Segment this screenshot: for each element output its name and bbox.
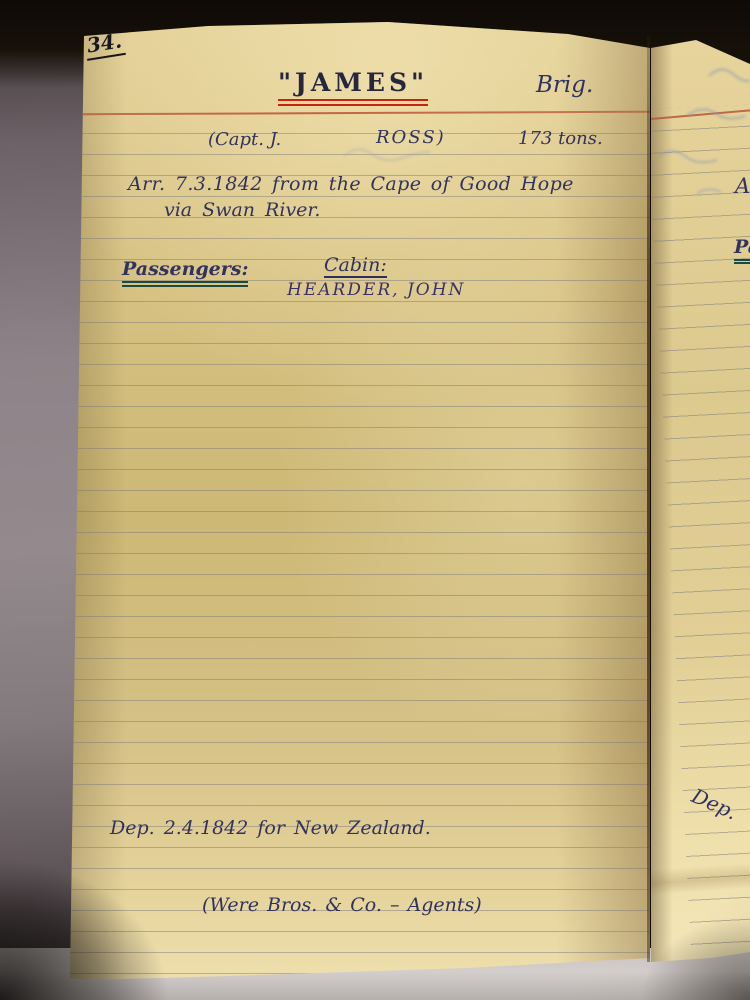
agents-note: (Were Bros. & Co. – Agents) [202, 894, 482, 916]
ruled-lines [68, 113, 650, 975]
right-page: A Pa Dep. [651, 40, 750, 962]
left-page: 34. "JAMES" Brig. (Capt. J. ROSS) 173 to… [68, 22, 650, 980]
arrival-note-line1: Arr. 7.3.1842 from the Cape of Good Hope [128, 173, 574, 195]
rig-type: Brig. [536, 72, 593, 98]
ruled-lines [647, 104, 750, 953]
cabin-heading: Cabin: [324, 254, 387, 278]
passengers-heading: Passengers: [122, 258, 248, 287]
ledger-photo: 34. "JAMES" Brig. (Capt. J. ROSS) 173 to… [0, 0, 750, 1000]
right-page-passengers-fragment: Pa [734, 236, 750, 264]
arrival-note-line2: via Swan River. [164, 199, 320, 221]
departure-note: Dep. 2.4.1842 for New Zealand. [110, 817, 431, 839]
right-page-arrival-fragment: A [735, 174, 750, 198]
captain-surname: ROSS) [376, 127, 446, 148]
captain-prefix: (Capt. J. [208, 129, 281, 150]
gutter-crease [647, 36, 650, 962]
ship-name: "JAMES" [278, 68, 428, 106]
tonnage: 173 tons. [518, 128, 603, 149]
passenger-name: HEARDER, JOHN [287, 280, 465, 300]
